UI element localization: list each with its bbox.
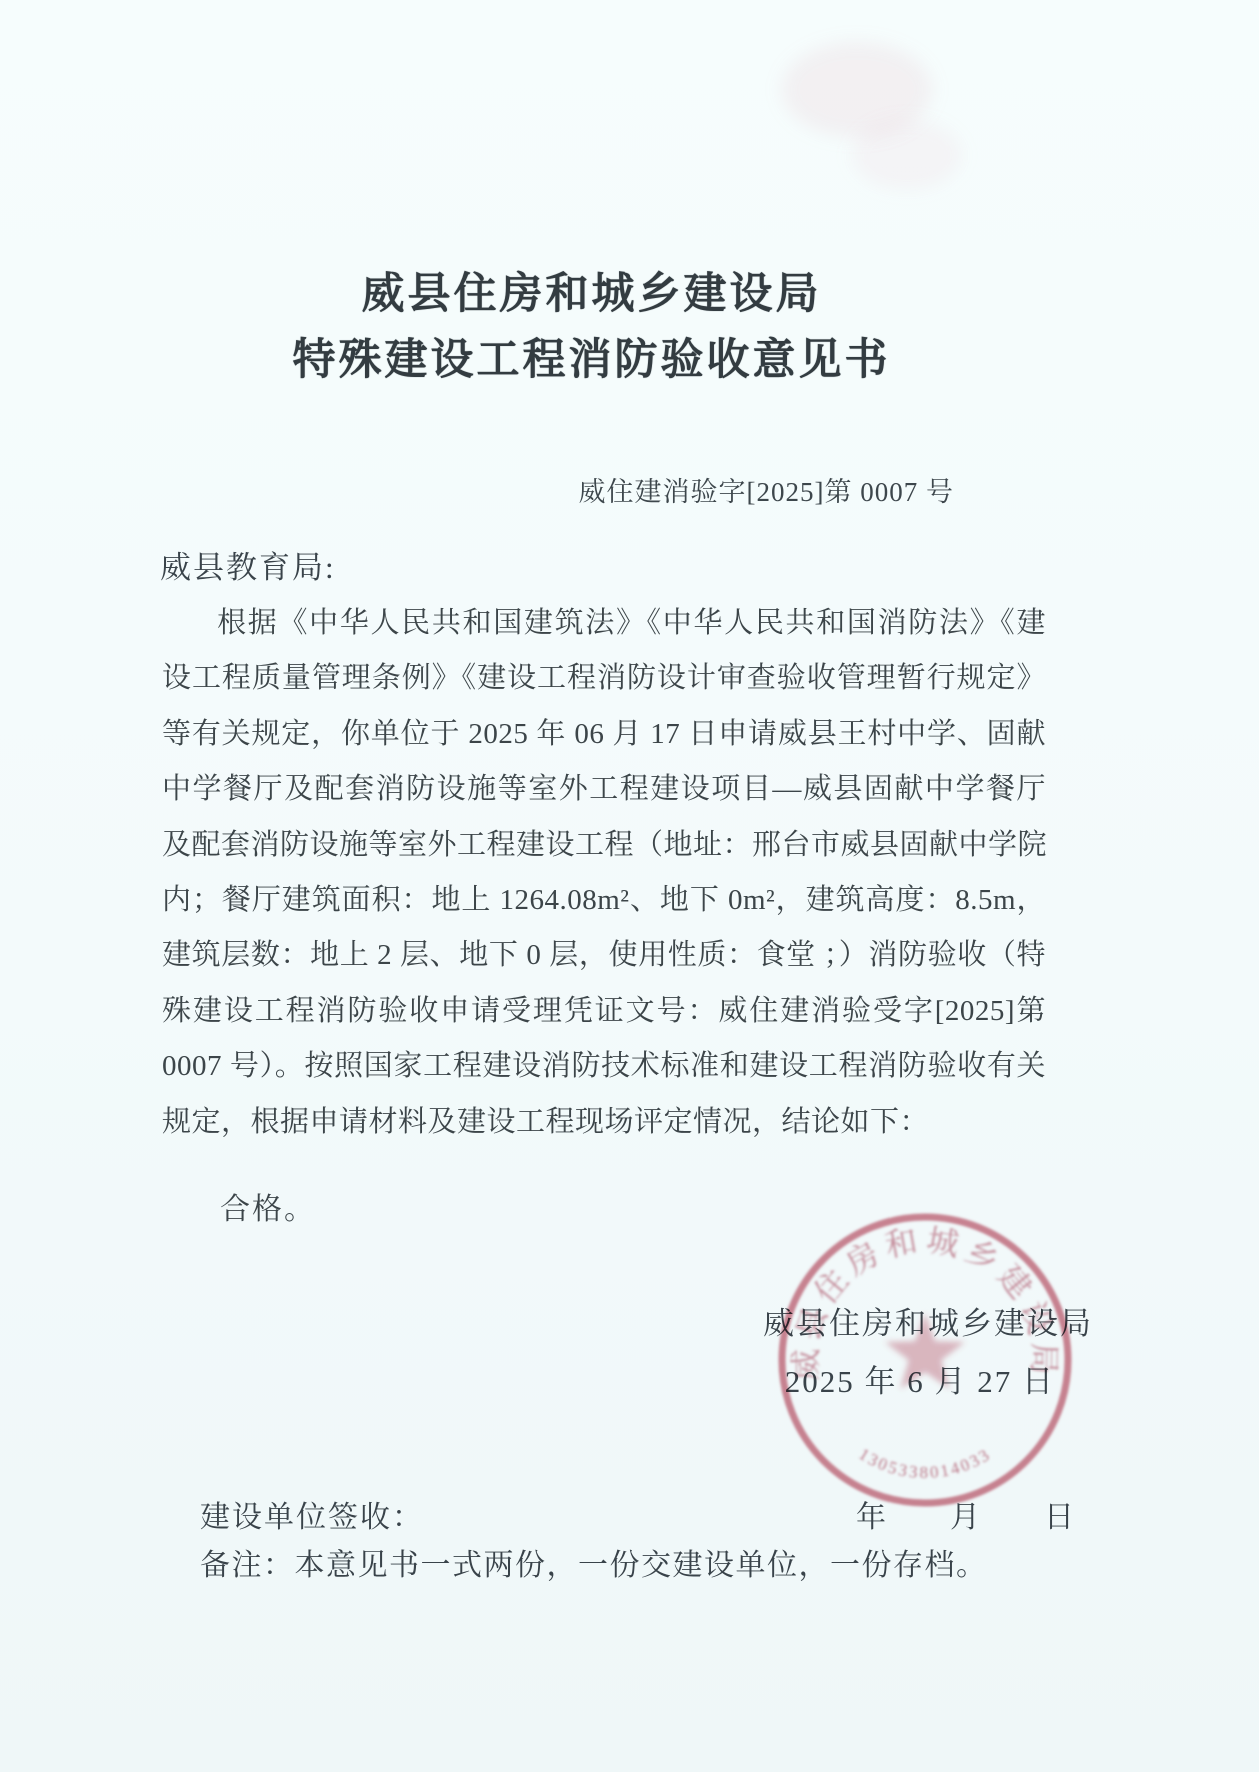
body-line: 建筑层数：地上 2 层、地下 0 层，使用性质：食堂 ；）消防验收（特 — [162, 928, 1046, 983]
month-label: 月 — [950, 1492, 980, 1536]
title-line-2: 特殊建设工程消防验收意见书 — [0, 328, 1221, 394]
body-line: 殊建设工程消防验收申请受理凭证文号：威住建消验受字[2025]第 — [162, 984, 1046, 1039]
body-line: 中学餐厅及配套消防设施等室外工程建设项目—威县固献中学餐厅 — [162, 762, 1046, 817]
body-line: 0007 号）。按照国家工程建设消防技术标准和建设工程消防验收有关 — [162, 1039, 1046, 1094]
construction-unit-sign-label: 建设单位签收： — [200, 1492, 424, 1536]
body-line: 及配套消防设施等室外工程建设工程（地址：邢台市威县固献中学院 — [162, 818, 1046, 873]
body-line: 内；餐厅建筑面积：地上 1264.08m²、地下 0m²，建筑高度：8.5m， — [162, 873, 1046, 928]
sign-off-row: 建设单位签收： 年 月 日 — [0, 1492, 1259, 1532]
body-line: 根据《中华人民共和国建筑法》《中华人民共和国消防法》《建 — [162, 596, 1046, 651]
document-title: 威县住房和城乡建设局 特殊建设工程消防验收意见书 — [0, 262, 1221, 394]
recipient-line: 威县教育局: — [160, 542, 336, 587]
title-line-1: 威县住房和城乡建设局 — [0, 262, 1221, 328]
document-number: 威住建消验字[2025]第 0007 号 — [579, 470, 954, 509]
document-page: 威县住房和城乡建设局 特殊建设工程消防验收意见书 威住建消验字[2025]第 0… — [0, 0, 1259, 1772]
seal-code-text-curved: 1305338014033 — [855, 1444, 994, 1482]
signature-organization: 威县住房和城乡建设局 — [763, 1298, 1093, 1343]
year-label: 年 — [856, 1492, 886, 1536]
body-line: 设工程质量管理条例》《建设工程消防设计审查验收管理暂行规定》 — [162, 651, 1046, 706]
stamp-residue-mark — [852, 120, 962, 190]
remark-line: 备注：本意见书一式两份，一份交建设单位，一份存档。 — [200, 1540, 988, 1584]
body-line: 规定，根据申请材料及建设工程现场评定情况，结论如下： — [162, 1095, 1046, 1150]
conclusion-text: 合格。 — [220, 1184, 316, 1228]
day-label: 日 — [1044, 1492, 1074, 1536]
signature-date: 2025 年 6 月 27 日 — [785, 1356, 1055, 1401]
body-paragraph: 根据《中华人民共和国建筑法》《中华人民共和国消防法》《建 设工程质量管理条例》《… — [162, 596, 1046, 1150]
body-line: 等有关规定，你单位于 2025 年 06 月 17 日申请威县王村中学、固献 — [162, 707, 1046, 762]
